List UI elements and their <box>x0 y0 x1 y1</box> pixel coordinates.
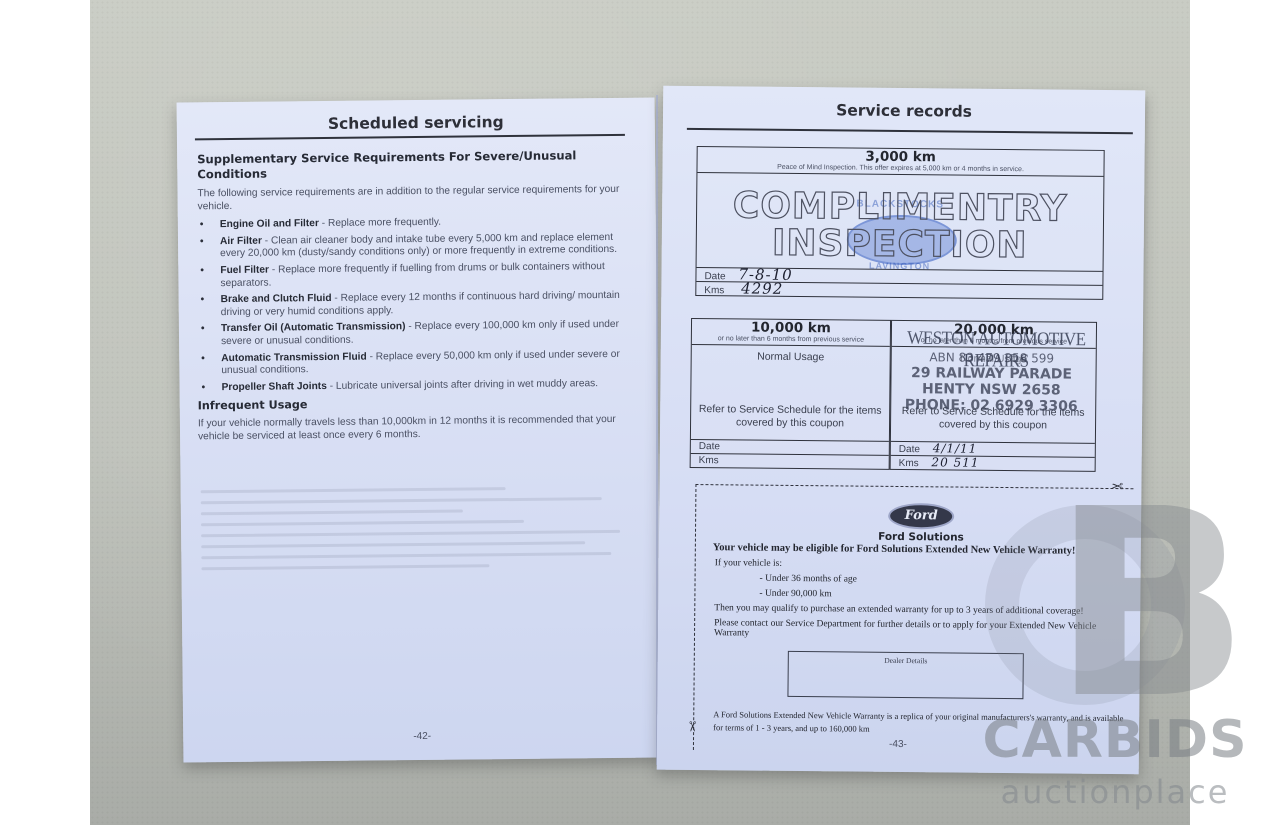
list-item: •Fuel Filter - Replace more frequently i… <box>198 261 632 291</box>
refer-text: Refer to Service Schedule for the items … <box>697 403 883 431</box>
cut-line-horizontal <box>695 484 1133 489</box>
title-rule <box>687 128 1133 134</box>
bullet-icon: • <box>201 324 205 337</box>
list-item: •Brake and Clutch Fluid - Replace every … <box>199 290 633 320</box>
requirements-list: •Engine Oil and Filter - Replace more fr… <box>198 215 634 395</box>
complimentary-stamp-line2: INSPECTION <box>697 222 1103 267</box>
coupon-3000km: 3,000 km Peace of Mind Inspection. This … <box>695 146 1104 300</box>
list-item: •Engine Oil and Filter - Replace more fr… <box>198 215 632 232</box>
reverse-page-show-through <box>201 478 639 633</box>
kms-value: 4292 <box>741 279 783 297</box>
bullet-icon: • <box>200 236 204 249</box>
watermark-tagline: auctionplace <box>975 772 1255 812</box>
infrequent-usage-heading: Infrequent Usage <box>198 396 634 413</box>
kms-row: Kms 4292 <box>696 281 1102 299</box>
item-name: Air Filter <box>220 235 262 246</box>
item-text: - Replace more frequently. <box>319 217 441 229</box>
watermark-logo-mark: B <box>985 505 1250 715</box>
scissors-icon: ✂ <box>683 721 700 733</box>
coupon-subtitle: or no later than 6 months from previous … <box>692 335 890 347</box>
item-name: Brake and Clutch Fluid <box>221 293 332 305</box>
bullet-icon: • <box>200 265 204 278</box>
workshop-address-line1: 29 RAILWAY PARADE <box>883 365 1099 383</box>
item-name: Automatic Transmission Fluid <box>221 351 367 364</box>
page-42: Scheduled servicing Supplementary Servic… <box>177 98 662 763</box>
date-value: 4/1/11 <box>933 441 978 455</box>
kms-row: Kms <box>691 453 889 469</box>
workshop-phone: PHONE: 02 6929 3306 <box>883 397 1099 415</box>
title-rule <box>195 134 625 140</box>
coupon-10000km: 10,000 km or no later than 6 months from… <box>690 318 891 470</box>
item-text: - Lubricate universal joints after drivi… <box>327 378 598 392</box>
item-text: - Clean air cleaner body and intake tube… <box>220 232 617 260</box>
kms-label: Kms <box>699 455 719 466</box>
ford-logo-icon: Ford <box>888 503 954 530</box>
list-item: •Air Filter - Clean air cleaner body and… <box>198 232 632 262</box>
kms-label: Kms <box>704 285 724 296</box>
watermark-brand: CARBIDS <box>975 712 1255 768</box>
kms-label: Kms <box>899 458 919 469</box>
section-heading: Supplementary Service Requirements For S… <box>197 148 631 183</box>
bullet-icon: • <box>201 353 205 366</box>
page-title: Scheduled servicing <box>177 112 655 135</box>
coupon-20000km: 20,000 km or no later than 6 months from… <box>890 320 1097 472</box>
intro-text: The following service requirements are i… <box>197 184 631 214</box>
item-text: - Replace more frequently if fuelling fr… <box>220 261 604 289</box>
date-label: Date <box>899 444 920 455</box>
item-name: Fuel Filter <box>220 265 269 277</box>
infrequent-usage-text: If your vehicle normally travels less th… <box>198 414 634 444</box>
list-item: •Transfer Oil (Automatic Transmission) -… <box>199 319 633 349</box>
usage-label: Normal Usage <box>692 350 890 364</box>
bullet-icon: • <box>200 219 204 232</box>
list-item: •Propeller Shaft Joints - Lubricate univ… <box>199 377 633 394</box>
coupon-km: 10,000 km <box>692 319 890 337</box>
item-name: Transfer Oil (Automatic Transmission) <box>221 321 406 334</box>
page-number: -42- <box>183 728 661 744</box>
kms-value: 20 511 <box>931 455 979 469</box>
dealer-details-label: Dealer Details <box>884 656 927 665</box>
cut-line-vertical <box>693 484 697 750</box>
date-label: Date <box>699 441 720 452</box>
severe-conditions-section: Supplementary Service Requirements For S… <box>197 148 634 444</box>
item-name: Propeller Shaft Joints <box>221 381 326 393</box>
scissors-icon: ✂ <box>1112 478 1124 495</box>
workshop-stamp: ABN 83 479 358 599 29 RAILWAY PARADE HEN… <box>883 349 1100 415</box>
bullet-icon: • <box>201 294 205 307</box>
item-name: Engine Oil and Filter <box>220 218 319 230</box>
kms-row: Kms 20 511 <box>891 455 1095 471</box>
bullet-icon: • <box>201 382 205 395</box>
page-title: Service records <box>663 100 1145 123</box>
list-item: •Automatic Transmission Fluid - Replace … <box>199 348 633 378</box>
